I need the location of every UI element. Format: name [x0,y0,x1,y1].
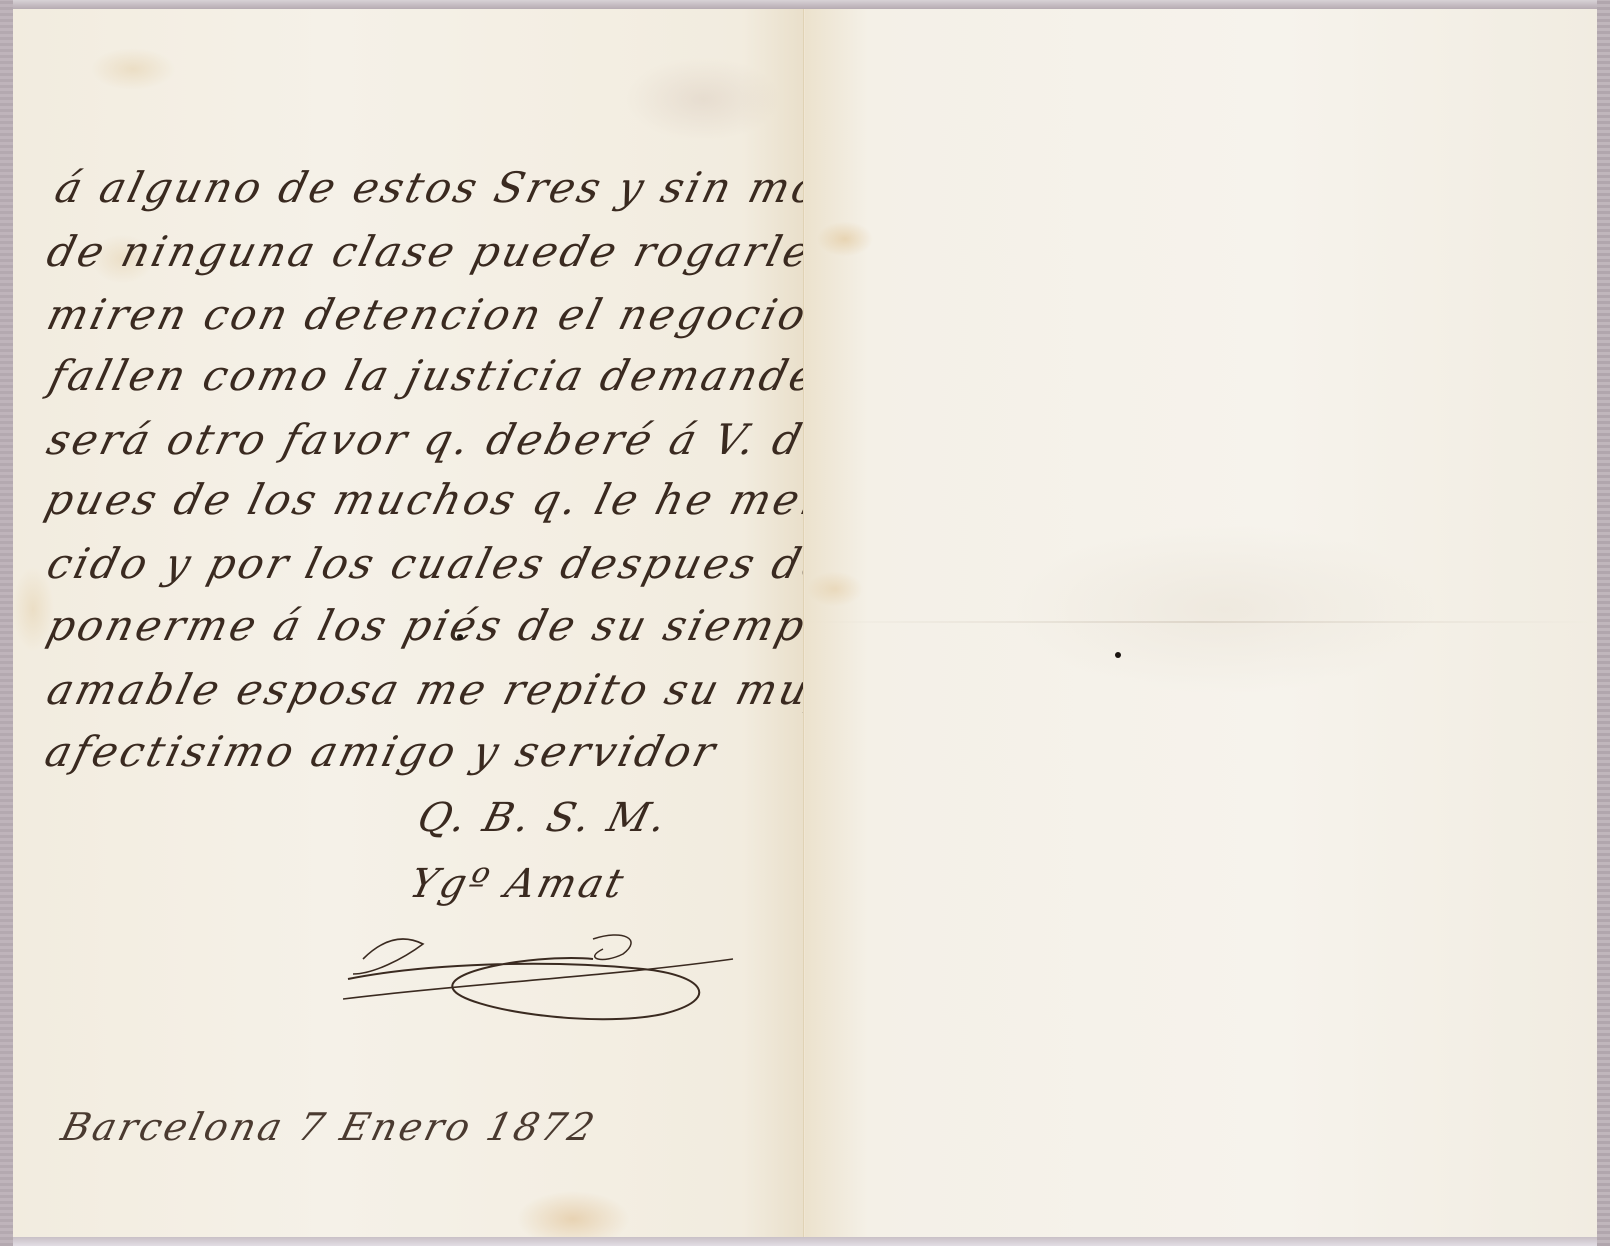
horizontal-fold-crease [805,621,1597,623]
letter-line-3: miren con detencion el negocio y lo [43,294,917,336]
right-page [805,9,1597,1237]
scan-border-top [0,0,1610,9]
letter-line-4: fallen como la justicia demande [45,355,823,397]
letter-line-2: de ninguna clase puede rogarles q. [43,231,904,273]
place-and-date: Barcelona 7 Enero 1872 [57,1105,602,1149]
closing-formula: Q. B. S. M. [413,795,674,841]
letter-line-9: amable esposa me repito su muy [43,669,842,711]
letter-line-10: afectisimo amigo y servidor [41,731,722,773]
scan-border-right [1597,0,1610,1246]
ink-dot [1115,652,1121,658]
signature: Ygº Amat [405,861,631,907]
letter-line-5: será otro favor q. deberé á V. des- [43,419,878,461]
scan-border-bottom [0,1237,1610,1246]
letter-line-8: ponerme á los piés de su siempre [43,605,862,647]
letter-line-6: pues de los muchos q. le he mere- [41,479,875,521]
scan-border-left [0,0,13,1246]
letter-line-7: cido y por los cuales despues de [43,543,836,585]
ink-dot [457,634,463,640]
left-page: á alguno de estos Sres y sin molestia de… [13,9,805,1237]
signature-flourish [343,929,743,1029]
letter-sheet: á alguno de estos Sres y sin molestia de… [13,9,1597,1237]
